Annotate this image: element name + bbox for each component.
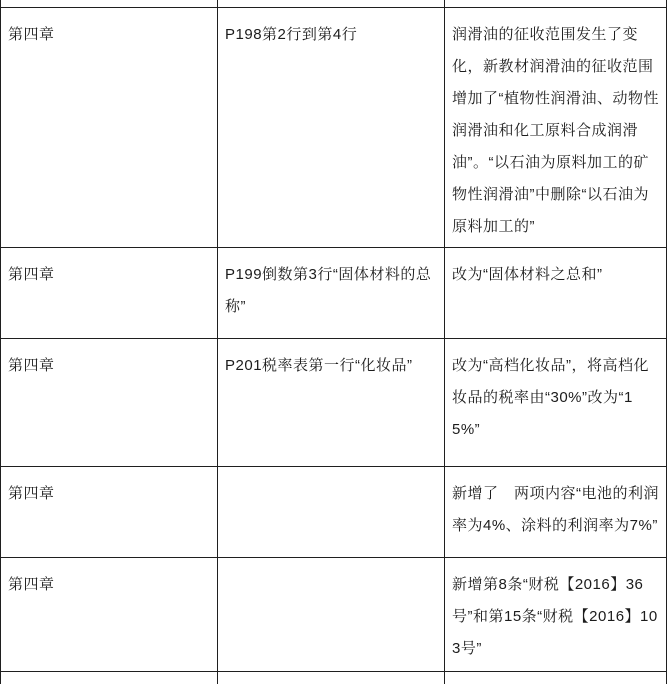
location-cell <box>218 467 445 558</box>
location-cell-partial <box>218 672 445 685</box>
chapter-cell: 第四章 <box>1 558 218 672</box>
textbook-revision-table: 第四章 P198第2行到第4行 润滑油的征收范围发生了变化，新教材润滑油的征收范… <box>0 0 667 684</box>
chapter-cell-partial <box>1 0 218 8</box>
chapter-cell: 第四章 <box>1 339 218 467</box>
change-cell-partial <box>445 672 667 685</box>
chapter-cell: 第四章 <box>1 467 218 558</box>
document-page: 第四章 P198第2行到第4行 润滑油的征收范围发生了变化，新教材润滑油的征收范… <box>0 0 667 685</box>
change-cell-partial <box>445 0 667 8</box>
chapter-cell: 第四章 <box>1 248 218 339</box>
table-row-partial-bottom <box>1 672 667 685</box>
location-cell-partial <box>218 0 445 8</box>
table-row: 第四章 P201税率表第一行“化妆品” 改为“高档化妆品”，将高档化妆品的税率由… <box>1 339 667 467</box>
chapter-cell: 第四章 <box>1 8 218 248</box>
change-cell: 润滑油的征收范围发生了变化，新教材润滑油的征收范围增加了“植物性润滑油、动物性润… <box>445 8 667 248</box>
change-cell: 改为“高档化妆品”，将高档化妆品的税率由“30%”改为“15%” <box>445 339 667 467</box>
location-cell: P199倒数第3行“固体材料的总称” <box>218 248 445 339</box>
change-cell: 改为“固体材料之总和” <box>445 248 667 339</box>
change-cell: 新增了 两项内容“电池的利润率为4%、涂料的利润率为7%” <box>445 467 667 558</box>
location-cell: P198第2行到第4行 <box>218 8 445 248</box>
location-cell <box>218 558 445 672</box>
location-cell: P201税率表第一行“化妆品” <box>218 339 445 467</box>
table-row-partial-top <box>1 0 667 8</box>
change-cell: 新增第8条“财税【2016】36号”和第15条“财税【2016】103号” <box>445 558 667 672</box>
table-row: 第四章 P199倒数第3行“固体材料的总称” 改为“固体材料之总和” <box>1 248 667 339</box>
chapter-cell-partial <box>1 672 218 685</box>
table-row: 第四章 新增第8条“财税【2016】36号”和第15条“财税【2016】103号… <box>1 558 667 672</box>
table-row: 第四章 P198第2行到第4行 润滑油的征收范围发生了变化，新教材润滑油的征收范… <box>1 8 667 248</box>
table-row: 第四章 新增了 两项内容“电池的利润率为4%、涂料的利润率为7%” <box>1 467 667 558</box>
